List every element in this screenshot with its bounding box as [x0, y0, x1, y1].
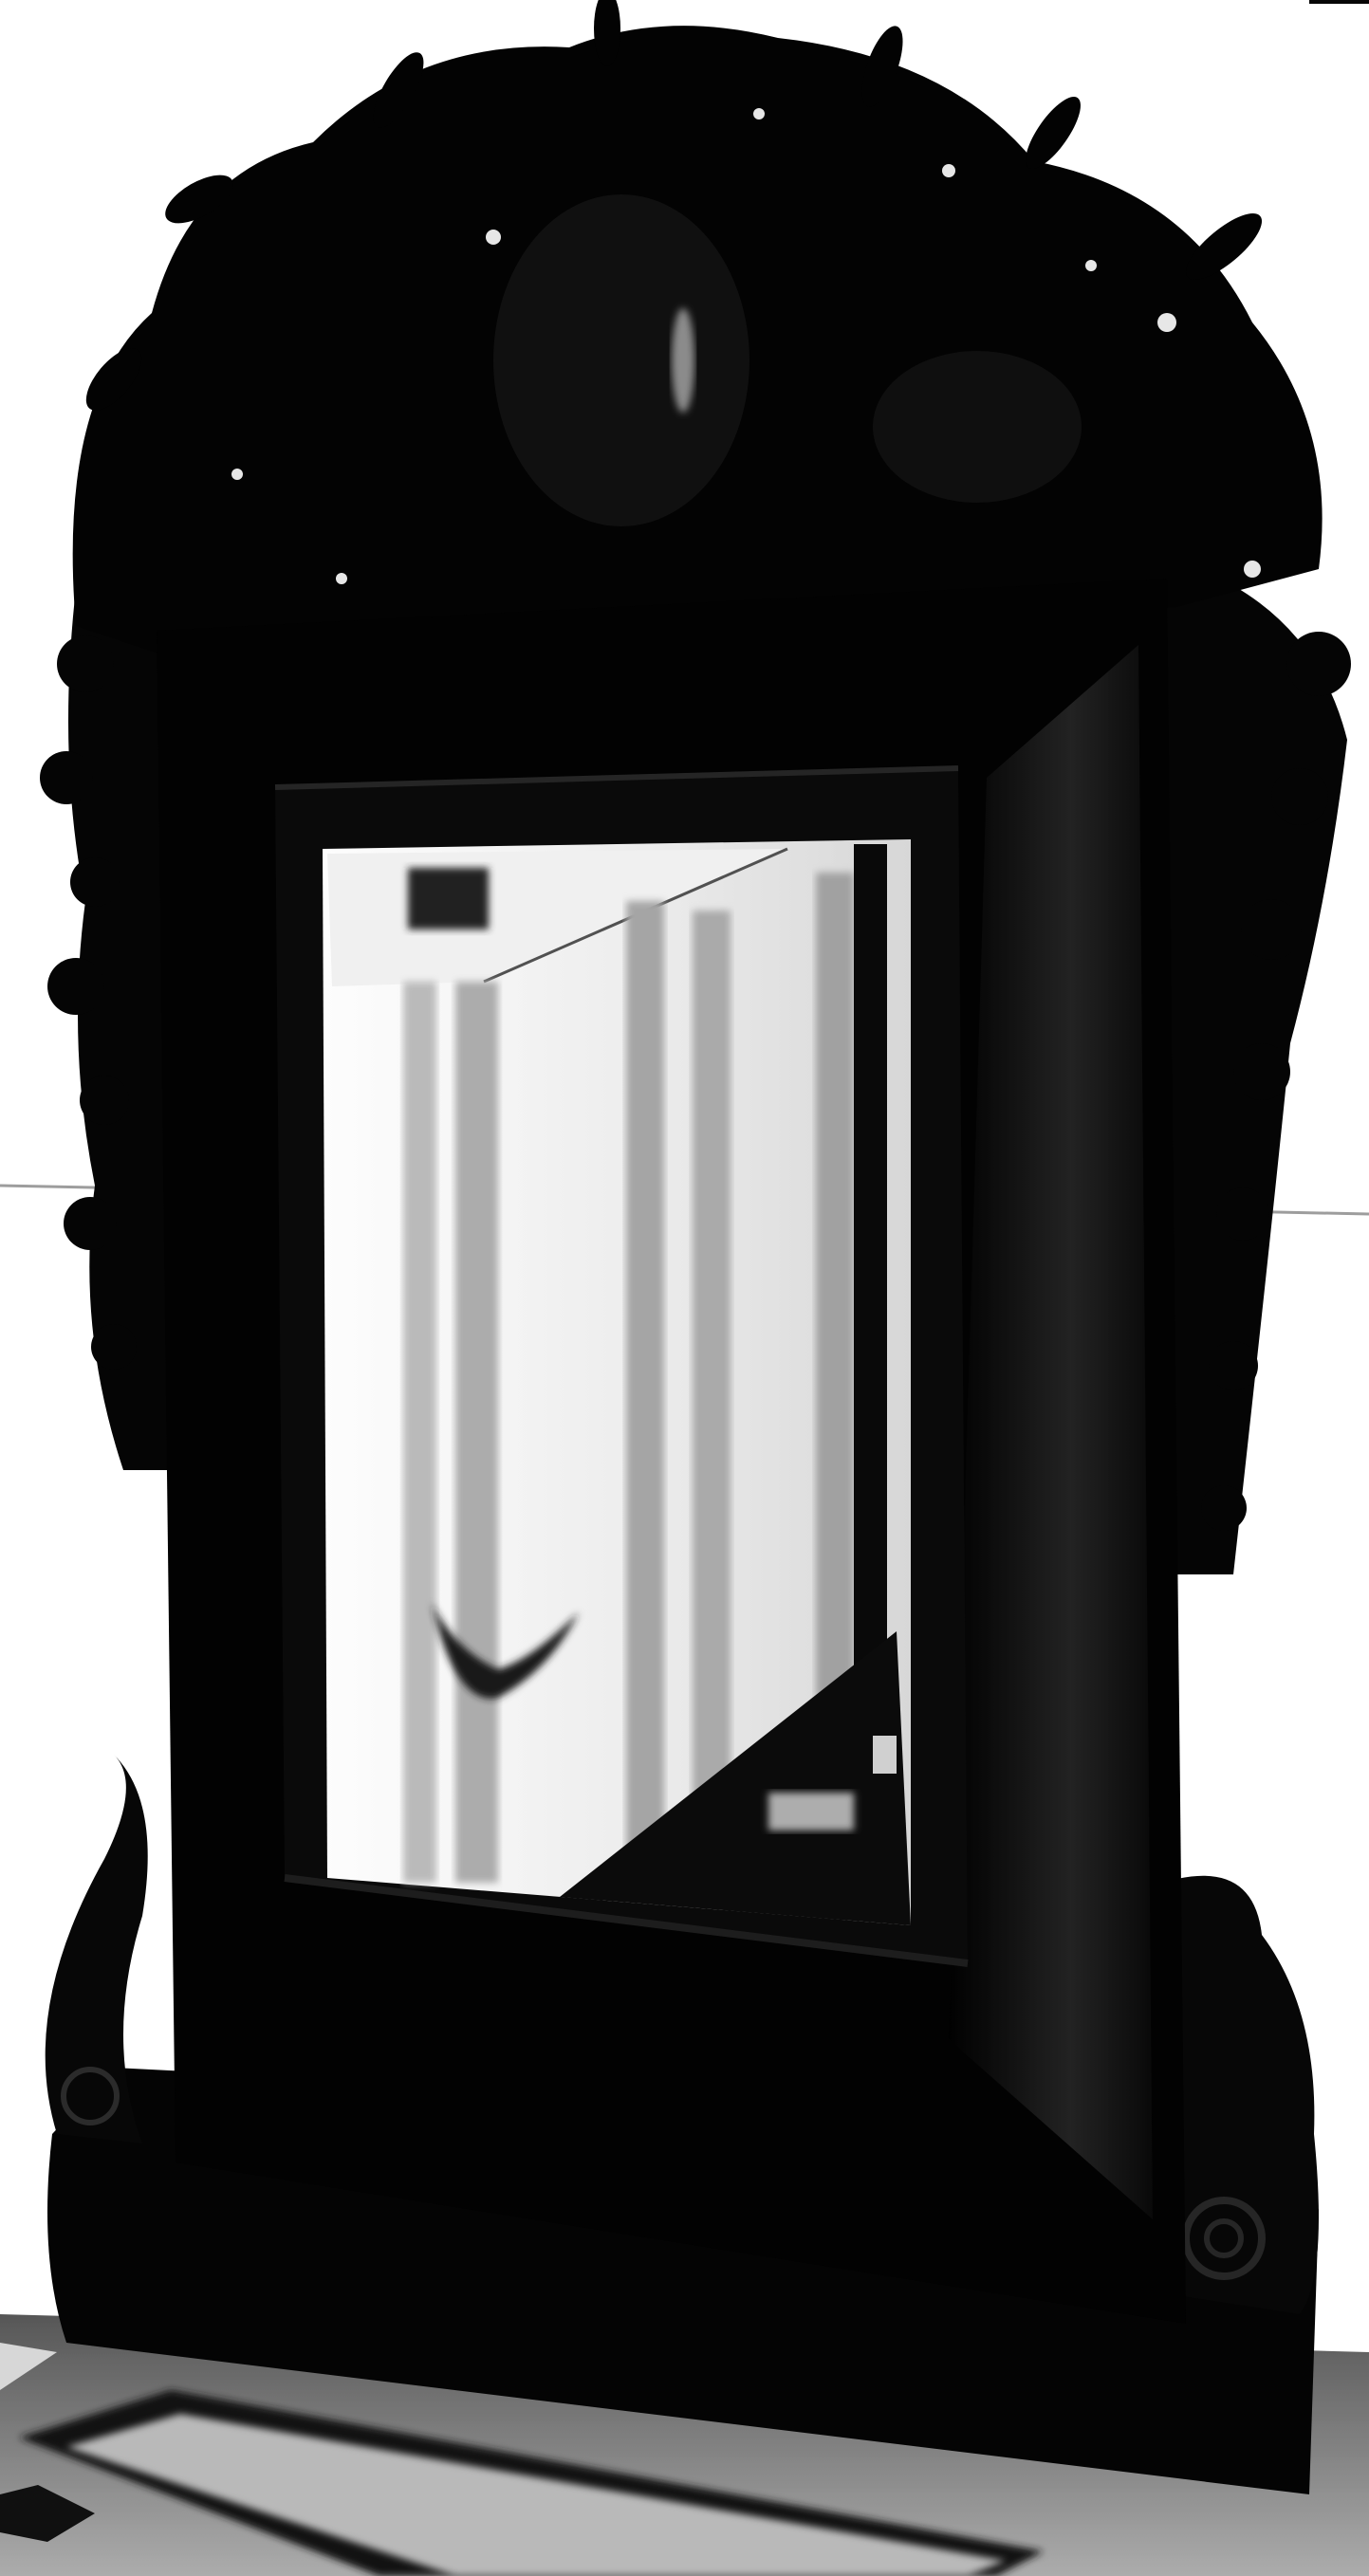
oval-cartouche	[493, 194, 749, 526]
mirror-glass	[323, 839, 911, 1925]
mirror-illustration	[0, 0, 1369, 2576]
mirror-photograph: Ornately carved dark wood cheval mirror	[0, 0, 1369, 2576]
